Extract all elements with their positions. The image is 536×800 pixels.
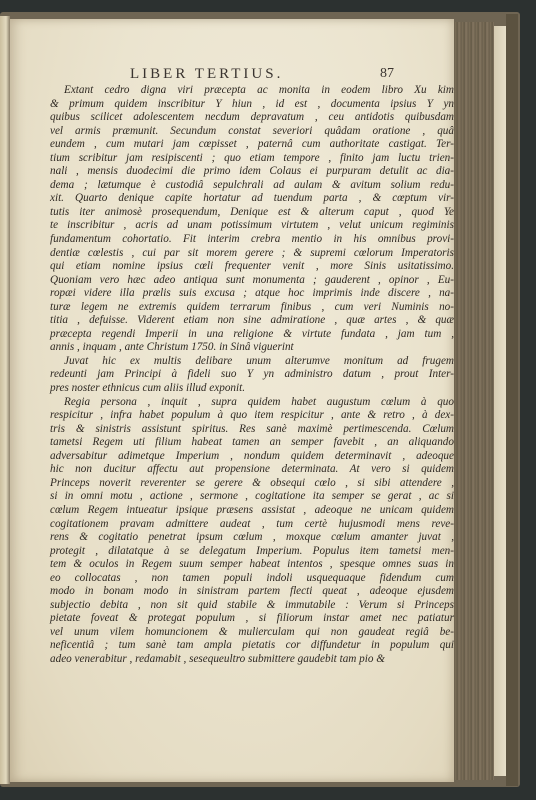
- text-line: cœlum Regem intueatur ipsique præsens as…: [50, 504, 454, 518]
- text-line: pietate foveat & protegat populum , si f…: [50, 612, 454, 626]
- text-line: præcepta regendi Imperii in una religion…: [50, 328, 454, 342]
- text-line: tem & oculos in Regem suum semper habeat…: [50, 558, 454, 572]
- text-line: tris & sinistris assistunt spiritus. Res…: [50, 423, 454, 437]
- body-text: Extant cedro digna viri præcepta ac moni…: [50, 84, 454, 667]
- running-head: LIBER TERTIUS. 87: [10, 66, 454, 84]
- text-line: si in omni motu , actione , sermone , co…: [50, 490, 454, 504]
- book-cover-edge: [506, 14, 518, 786]
- text-line: Quoniam vero hæc adeo antiqua sunt monum…: [50, 274, 454, 288]
- text-line: adeo venerabitur , redamabit , sesequeul…: [50, 653, 454, 667]
- left-page-gutter: [0, 16, 10, 784]
- text-line: fundamentum cohortatio. Fit interim creb…: [50, 233, 454, 247]
- running-head-title: LIBER TERTIUS.: [130, 66, 283, 83]
- text-line: eundem , cum mutari jam cœpisset , pater…: [50, 138, 454, 152]
- text-line: tametsi Regem uti filium habeat tamen an…: [50, 436, 454, 450]
- endpaper: [494, 26, 506, 776]
- text-line: pres noster ethnicus cum aliis illud exp…: [50, 382, 454, 396]
- text-line: Princeps noverit reverenter se gerere & …: [50, 477, 454, 491]
- text-line: nali , mensis duodecimi die primo idem C…: [50, 165, 454, 179]
- text-line: redeunti jam Principi à fideli suo Y yn …: [50, 368, 454, 382]
- text-line: Regia persona , inquit , supra quidem ha…: [50, 396, 454, 410]
- text-line: neficentiâ ; tum sanè tam ampla pietatis…: [50, 639, 454, 653]
- text-line: te inscribitur , acris ad unam potissimu…: [50, 219, 454, 233]
- text-line: annis , inquam , ante Christum 1750. in …: [50, 341, 454, 355]
- text-line: Extant cedro digna viri præcepta ac moni…: [50, 84, 454, 98]
- text-line: ropæi videre illa prælis suis excusa ; a…: [50, 287, 454, 301]
- text-line: rens & cogitatio penetrat ipsum cœlum , …: [50, 531, 454, 545]
- page-number: 87: [380, 66, 394, 82]
- text-line: adversabitur adimetque Imperium , nondum…: [50, 450, 454, 464]
- text-line: quibus scilicet adolescentem necdum depr…: [50, 111, 454, 125]
- text-line: dentiæ cœlestis , cui par sit morem gere…: [50, 247, 454, 261]
- text-line: respicitur , infra habet populum à quo i…: [50, 409, 454, 423]
- text-line: tium scribitur jam resipiscenti ; quo et…: [50, 152, 454, 166]
- text-line: modo in bonam modo in sinistram partem f…: [50, 585, 454, 599]
- text-line: Juvat hic ex multis delibare unum alteru…: [50, 355, 454, 369]
- page-edges: [454, 22, 494, 780]
- text-line: xit. Quarto denique capite hortatur ad t…: [50, 192, 454, 206]
- text-line: & primum quidem inscribitur Y hiun , id …: [50, 98, 454, 112]
- text-line: vel unum vilem homuncionem & mulierculam…: [50, 626, 454, 640]
- text-line: cogitationem pravam admittere audeat , t…: [50, 518, 454, 532]
- text-line: qui etiam nomine ipsius cœli frequenter …: [50, 260, 454, 274]
- text-line: turæ legem ne extremis quidem terrarum f…: [50, 301, 454, 315]
- text-line: hic non ducitur affectu aut propensione …: [50, 463, 454, 477]
- text-line: vel armis præmunit. Secundum constat sev…: [50, 125, 454, 139]
- text-line: dema ; lætumque è custodiâ sepulchrali a…: [50, 179, 454, 193]
- text-line: titia , defuisse. Viderent etiam non sin…: [50, 314, 454, 328]
- text-line: protegit , dilatatque à se delegatum Imp…: [50, 545, 454, 559]
- text-line: subjectio debita , non sit quid stabile …: [50, 599, 454, 613]
- text-line: tutis iter animosè prosequendum, Denique…: [50, 206, 454, 220]
- text-line: eo collocatas , non tamen populi indoli …: [50, 572, 454, 586]
